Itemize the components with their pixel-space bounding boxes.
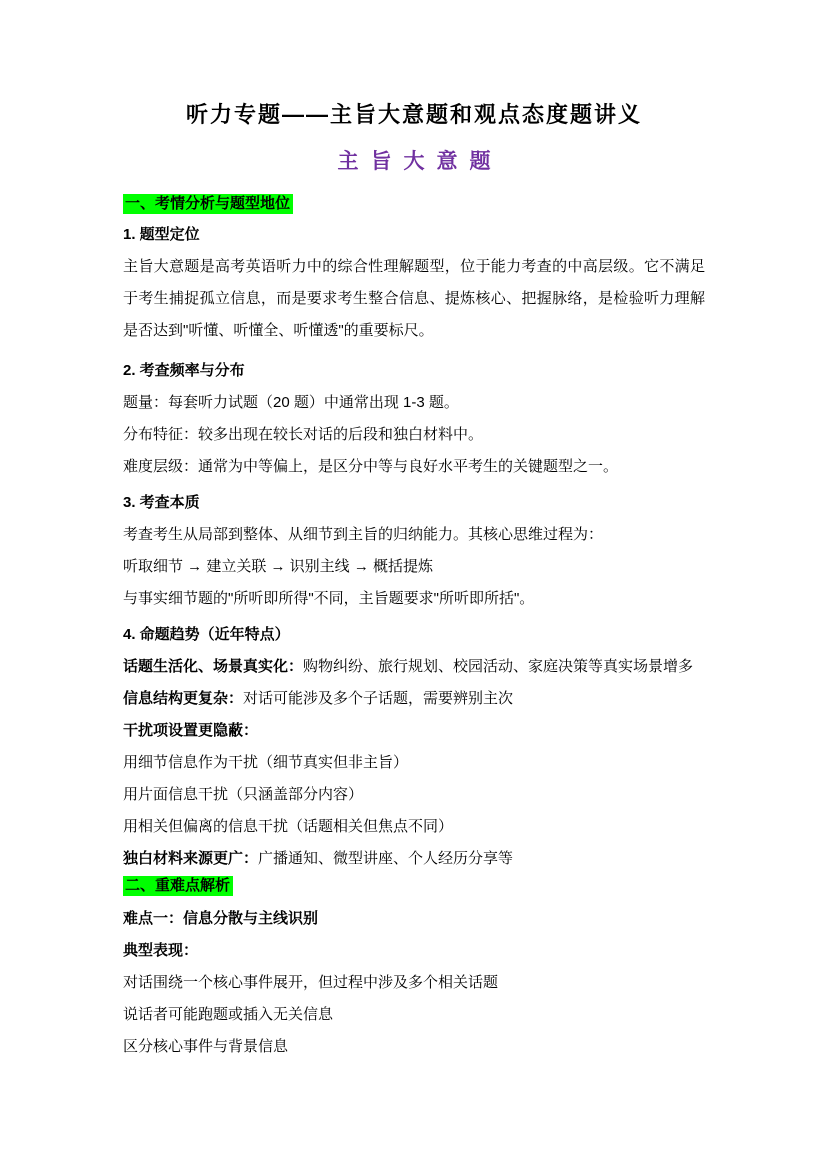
paragraph-thinking-process: 听取细节 → 建立关联 → 识别主线 → 概括提炼: [123, 551, 705, 583]
subheading-typical-manifestation: 典型表现：: [123, 935, 705, 967]
paragraph-typical-digression: 说话者可能跑题或插入无关信息: [123, 999, 705, 1031]
paragraph-typical-core-event: 对话围绕一个核心事件展开，但过程中涉及多个相关话题: [123, 967, 705, 999]
section-heading-highlight: 一、考情分析与题型地位: [123, 194, 293, 214]
section-heading-difficult-points: 二、重难点解析: [123, 875, 705, 897]
paragraph-essence-intro: 考查考生从局部到整体、从细节到主旨的归纳能力。其核心思维过程为：: [123, 519, 705, 551]
paragraph-trend-structure: 信息结构更复杂：对话可能涉及多个子话题，需要辨别主次: [123, 683, 705, 715]
paragraph-typical-distinguish: 区分核心事件与背景信息: [123, 1031, 705, 1063]
trend-topics-label: 话题生活化、场景真实化：: [123, 658, 303, 675]
section-heading-highlight: 二、重难点解析: [123, 876, 233, 896]
paragraph-type-position: 主旨大意题是高考英语听力中的综合性理解题型，位于能力考查的中高层级。它不满足于考…: [123, 251, 705, 347]
trend-topics-text: 购物纠纷、旅行规划、校园活动、家庭决策等真实场景增多: [303, 658, 693, 675]
subheading-trend: 4. 命题趋势（近年特点）: [123, 619, 705, 651]
document-page: 听力专题——主旨大意题和观点态度题讲义 主旨大意题 一、考情分析与题型地位 1.…: [0, 0, 827, 1169]
paragraph-essence-contrast: 与事实细节题的"所听即所得"不同，主旨题要求"所听即所括"。: [123, 583, 705, 615]
page-title: 听力专题——主旨大意题和观点态度题讲义: [123, 96, 705, 133]
paragraph-trend-topics: 话题生活化、场景真实化：购物纠纷、旅行规划、校园活动、家庭决策等真实场景增多: [123, 651, 705, 683]
paragraph-trend-distractors-label: 干扰项设置更隐蔽：: [123, 715, 705, 747]
subheading-difficulty-one: 难点一：信息分散与主线识别: [123, 903, 705, 935]
paragraph-distribution-feature: 分布特征：较多出现在较长对话的后段和独白材料中。: [123, 419, 705, 451]
paragraph-question-count: 题量：每套听力试题（20 题）中通常出现 1-3 题。: [123, 387, 705, 419]
subheading-exam-essence: 3. 考查本质: [123, 487, 705, 519]
paragraph-difficulty-level: 难度层级：通常为中等偏上，是区分中等与良好水平考生的关键题型之一。: [123, 451, 705, 483]
page-subtitle: 主旨大意题: [123, 147, 705, 177]
paragraph-distractor-detail: 用细节信息作为干扰（细节真实但非主旨）: [123, 747, 705, 779]
paragraph-trend-monologue: 独白材料来源更广：广播通知、微型讲座、个人经历分享等: [123, 843, 705, 875]
subheading-question-type-position: 1. 题型定位: [123, 219, 705, 251]
section-heading-exam-analysis: 一、考情分析与题型地位: [123, 193, 705, 215]
subheading-frequency-distribution: 2. 考查频率与分布: [123, 355, 705, 387]
paragraph-distractor-partial: 用片面信息干扰（只涵盖部分内容）: [123, 779, 705, 811]
trend-monologue-label: 独白材料来源更广：: [123, 850, 258, 867]
trend-structure-label: 信息结构更复杂：: [123, 690, 243, 707]
paragraph-distractor-related: 用相关但偏离的信息干扰（话题相关但焦点不同）: [123, 811, 705, 843]
trend-structure-text: 对话可能涉及多个子话题，需要辨别主次: [243, 690, 513, 707]
trend-monologue-text: 广播通知、微型讲座、个人经历分享等: [258, 850, 513, 867]
